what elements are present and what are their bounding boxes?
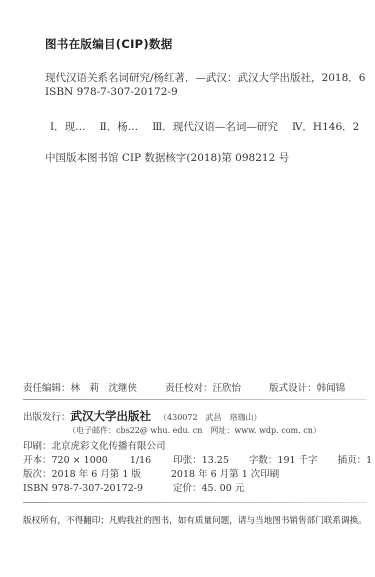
credits-line: 责任编辑：林 莉 沈继侠责任校对：汪欣怡版式设计：韩闻锦 <box>23 380 345 394</box>
format: 720 × 1000 <box>52 455 108 466</box>
price-label: 定价： <box>173 483 202 494</box>
publisher-contact: （电子邮件：cbs22@ whu. edu. cn 网址：www. wdp. c… <box>68 425 321 436</box>
designer-label: 版式设计： <box>269 383 317 394</box>
classification-item: Ⅰ．现… <box>50 121 86 133</box>
words-label: 字数： <box>249 455 278 466</box>
words: 191 千字 <box>277 455 317 466</box>
edition: 2018 年 6 月第 1 版 <box>52 469 141 480</box>
divider <box>23 399 367 400</box>
designer: 韩闻锦 <box>317 383 346 394</box>
sheets-label: 印张： <box>173 455 202 466</box>
classification-item: Ⅱ．杨… <box>100 121 139 133</box>
printer-label: 印刷： <box>23 441 52 452</box>
plates-label: 插页： <box>338 455 367 466</box>
format-label: 开本： <box>23 455 52 466</box>
format-line: 开本：720 × 10001/16印张：13.25字数：191 千字插页：1 <box>23 452 372 466</box>
isbn: ISBN 978-7-307-20172-9 <box>23 483 143 494</box>
fold: 1/16 <box>130 455 151 466</box>
cip-heading: 图书在版编目(CIP)数据 <box>45 36 173 52</box>
printer-line: 印刷：北京虎彩文化传播有限公司 <box>23 438 166 452</box>
proofreader: 汪欣怡 <box>213 383 242 394</box>
printer: 北京虎彩文化传播有限公司 <box>52 441 166 452</box>
edition-line: 版次：2018 年 6 月第 1 版2018 年 6 月第 1 次印刷 <box>23 466 279 480</box>
cip-isbn: ISBN 978-7-307-20172-9 <box>45 86 178 98</box>
copyright-notice: 版权所有，不得翻印；凡购我社的图书，如有质量问题，请与当地图书销售部门联系调换。 <box>23 514 367 526</box>
publisher-label: 出版发行： <box>23 412 71 423</box>
sheets: 13.25 <box>202 455 229 466</box>
cip-record-line: 现代汉语关系名词研究/杨红著．—武汉：武汉大学出版社，2018．6 <box>45 70 365 85</box>
plates: 1 <box>366 455 372 466</box>
cip-classification: Ⅰ．现…Ⅱ．杨…Ⅲ．现代汉语—名词—研究Ⅳ．H146．2 <box>50 119 359 134</box>
printing: 2018 年 6 月第 1 次印刷 <box>171 469 279 480</box>
cip-approval-number: 中国版本图书馆 CIP 数据核字(2018)第 098212 号 <box>45 150 289 165</box>
divider <box>23 502 367 503</box>
editor-label: 责任编辑： <box>23 383 71 394</box>
isbn-price-line: ISBN 978-7-307-20172-9定价：45. 00 元 <box>23 480 244 494</box>
proofreader-label: 责任校对： <box>165 383 213 394</box>
editors: 林 莉 沈继侠 <box>71 383 138 394</box>
publisher-address: （430072 武昌 珞珈山） <box>159 413 262 422</box>
classification-item: Ⅲ．现代汉语—名词—研究 <box>152 121 278 133</box>
price: 45. 00 元 <box>202 483 245 494</box>
edition-label: 版次： <box>23 469 52 480</box>
classification-item: Ⅳ．H146．2 <box>292 121 359 133</box>
publisher-name: 武汉大学出版社 <box>71 409 152 423</box>
publisher-line: 出版发行：武汉大学出版社（430072 武昌 珞珈山） <box>23 408 262 424</box>
